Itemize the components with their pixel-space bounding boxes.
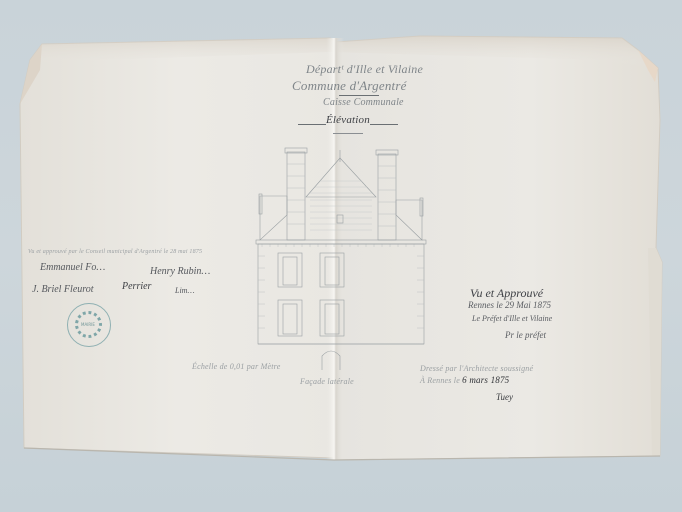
architect-line-1: Dressé par l'Architecte soussigné [420, 364, 533, 373]
signature-4: Perrier [122, 281, 151, 292]
architect-date: 6 mars 1875 [462, 375, 509, 385]
section-rule-left [298, 124, 326, 125]
signature-3: J. Briel Fleurot [32, 284, 94, 295]
document-photo: Départᵗ d'Ille et Vilaine Commune d'Arge… [0, 0, 682, 512]
architect-signature: Tuey [496, 392, 513, 402]
signature-1: Emmanuel Fo… [40, 262, 105, 273]
subject-underline [339, 95, 379, 96]
approval-place-date: Rennes le 29 Mai 1875 [468, 300, 551, 310]
signature-5: Lim… [175, 286, 195, 295]
drawing-label: Façade latérale [300, 377, 354, 386]
scale-note: Échelle de 0,01 par Mètre [192, 362, 280, 371]
stamp-label: MAIRIE [81, 322, 95, 327]
section-underline [333, 133, 363, 134]
municipal-seal-stamp: MAIRIE [67, 303, 111, 347]
section-rule-right [370, 124, 398, 125]
approval-authority: Le Préfet d'Ille et Vilaine [472, 314, 552, 323]
deliberation-note: Vu et approuvé par le Conseil municipal … [28, 249, 202, 255]
architect-place: À Rennes le [420, 376, 460, 385]
signature-2: Henry Rubin… [150, 266, 210, 277]
architect-line-2: À Rennes le 6 mars 1875 [420, 375, 509, 385]
section-heading: Élévation [326, 114, 370, 126]
commune-heading: Commune d'Argentré [292, 78, 407, 94]
approval-title: Vu et Approuvé [470, 286, 543, 301]
department-heading: Départᵗ d'Ille et Vilaine [306, 62, 423, 77]
subject-heading: Caisse Communale [323, 97, 404, 108]
approval-signature: Pr le préfet [505, 330, 546, 340]
